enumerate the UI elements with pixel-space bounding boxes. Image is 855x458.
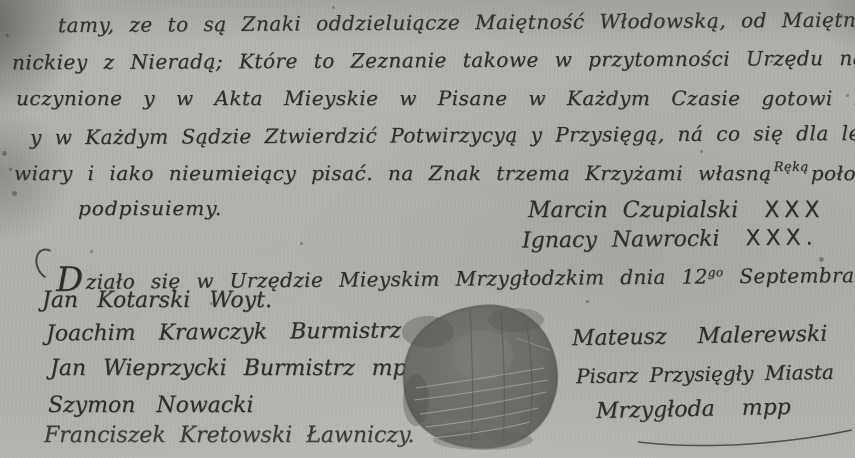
ink-specks xyxy=(0,0,3,3)
scribe-signature-town: Mrzygłoda mpp xyxy=(596,395,791,424)
official-signature: Jan Kotarski Woyt. xyxy=(42,288,272,313)
wax-seal xyxy=(398,300,560,450)
official-signature: Franciszek Kretowski Ławniczy. xyxy=(44,423,414,448)
witness-name: Ignacy Nawrocki xyxy=(522,226,720,253)
official-signature: Joachim Krawczyk Burmistrz xyxy=(46,318,401,346)
witness-name: Marcin Czupialski xyxy=(528,198,738,223)
witness-signature: Ignacy NawrockiXXX. xyxy=(522,225,818,253)
body-line-5-end: położonemi xyxy=(811,161,855,185)
body-line-6: podpisuiemy. xyxy=(78,196,222,220)
dateline-text-end: Septembra Roku 1799 xyxy=(723,262,855,288)
witness-cross-marks: XXX. xyxy=(745,225,817,251)
dateline-ordinal-sup: go xyxy=(708,265,724,279)
body-line-5-text: wiary i iako nieumieiący pisać. na Znak … xyxy=(14,161,772,185)
scribe-signature-title: Pisarz Przysięgły Miasta xyxy=(576,360,834,388)
official-signature: Jan Wieprzycki Burmistrz mpp xyxy=(50,356,421,381)
signature-flourish xyxy=(636,424,855,452)
scribe-signature-name: Mateusz Malerewski xyxy=(572,322,828,351)
witness-cross-marks: XXX xyxy=(764,198,824,223)
body-line-3: uczynione y w Akta Mieyskie w Pisane w K… xyxy=(16,86,855,110)
body-line-1: tamy, ze to są Znaki oddzieluiącze Maięt… xyxy=(58,7,855,37)
body-line-5: wiary i iako nieumieiący pisać. na Znak … xyxy=(14,160,855,185)
manuscript-page: tamy, ze to są Znaki oddzieluiącze Maięt… xyxy=(0,0,855,458)
body-line-2: nickiey z Nieradą; Które to Zeznanie tak… xyxy=(12,46,855,75)
body-line-4: y w Każdym Sądzie Ztwierdzić Potwirzycyą… xyxy=(30,121,855,150)
superscript-insertion: Ręką xyxy=(774,160,809,175)
witness-signature: Marcin CzupialskiXXX xyxy=(528,198,824,223)
official-signature: Szymon Nowacki xyxy=(48,393,254,418)
